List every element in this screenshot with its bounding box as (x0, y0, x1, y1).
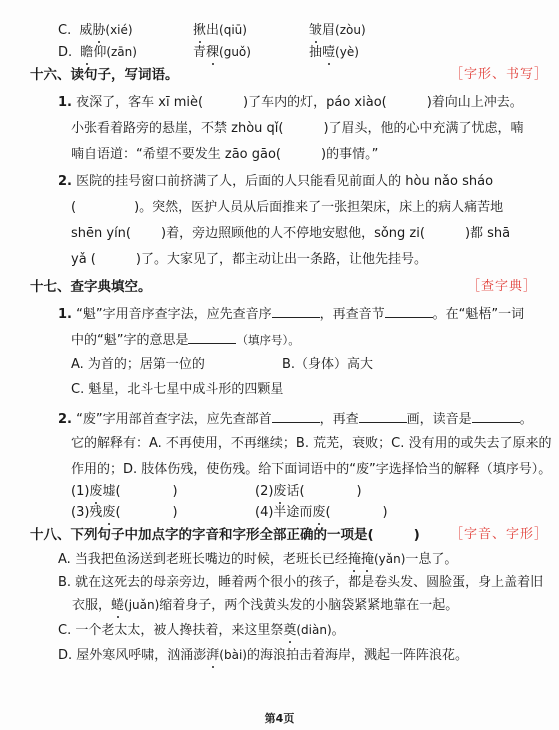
text: ) (173, 484, 178, 499)
s18-opt-d: D. 屋外寒风呼啸，汹涌澎湃(bài)的海浪拍击着海岸，溅起一阵阵浪花。 (58, 647, 468, 664)
text: )都 shā (465, 226, 510, 241)
text: shēn yín( (71, 226, 131, 241)
text: )了眉头，他的心中充满了忧虑，喃 (323, 121, 523, 136)
text: （填序号）。 (236, 333, 299, 347)
answer-blank[interactable] (385, 305, 433, 318)
text: ( (71, 200, 76, 215)
answer-blank[interactable] (272, 305, 320, 318)
option-d-word2: 青稞(guǒ) (193, 44, 251, 61)
answer-blank[interactable] (272, 410, 320, 423)
text: 小张看着路旁的悬崖，不禁 zhòu qǐ( (71, 121, 283, 136)
s17-q1-opt-c: C. 魁星，北斗七星中成斗形的四颗星 (71, 382, 283, 398)
section-16-title: 十六、读句子，写词语。 (30, 67, 179, 83)
word: 瞻仰 (80, 45, 106, 60)
s17-q2-item-4: (4)半途而废() (255, 505, 388, 521)
text: 夜深了，客车 xī miè( (76, 95, 203, 110)
pinyin: (qiū) (219, 23, 247, 37)
worksheet-page: C. 威胁(xié) 揪出(qiū) 皱眉(zòu) D. 瞻仰(zān) 青稞… (0, 0, 559, 730)
text: 。在“魁梧”一词 (433, 307, 524, 322)
pinyin: (zòu) (335, 23, 366, 37)
s17-q2-line1: 2. “废”字用部首查字法，应先查部首，再查画，读音是。 (58, 410, 533, 428)
question-number: 2. (58, 412, 72, 427)
text: ) (357, 484, 362, 499)
s16-q2-line1: 2. 医院的挂号窗口前挤满了人，后面的人只能看见前面人的 hòu nǎo shá… (58, 174, 493, 190)
answer-blank[interactable] (188, 331, 236, 344)
word: 威胁 (79, 23, 105, 38)
s18-opt-c: C. 一个老太太，被人搀扶着，来这里祭奠(diàn)。 (58, 622, 345, 639)
s16-q1-line3: 喃自语道：“希望不要发生 zāo gāo()的事情。” (71, 147, 378, 163)
page-number: 第4页 (0, 710, 559, 726)
text: )。突然，医护人员从后面推来了一张担架床，床上的病人痛苦地 (134, 200, 503, 215)
s17-q2-item-3: (3)残废() (71, 505, 178, 521)
text: 医院的挂号窗口前挤满了人，后面的人只能看见前面人的 hòu nǎo sháo (76, 174, 493, 189)
text: )着，旁边照顾他的人不停地安慰他，sǒng zi( (161, 226, 425, 241)
text: ，再查 (320, 412, 359, 427)
question-number: 1. (58, 307, 72, 322)
pinyin: (guǒ) (219, 45, 251, 59)
option-c-word2: 揪出(qiū) (193, 22, 247, 39)
s17-q2-item-1: (1)废墟() (71, 484, 178, 500)
text: )了。大家见了，都主动让出一条路，让他先挂号。 (136, 252, 427, 267)
s16-q2-line2: ()。突然，医护人员从后面推来了一张担架床，床上的病人痛苦地 (71, 200, 503, 216)
section-17-tag: ［查字典］ (467, 279, 537, 295)
text: )着向山上冲去。 (427, 95, 523, 110)
s17-q1-opt-a: A. 为首的；居第一位的 (71, 357, 205, 373)
text: 。 (520, 412, 533, 427)
pinyin: (zān) (106, 45, 137, 59)
text: 十八、下列句子中加点字的字音和字形全部正确的一项是( (30, 527, 374, 543)
s16-q1-line2: 小张看着路旁的悬崖，不禁 zhòu qǐ()了眉头，他的心中充满了忧虑，喃 (71, 121, 524, 137)
text: “废”字用部首查字法，应先查部首 (76, 412, 271, 427)
s17-q2-item-2: (2)废话() (255, 484, 362, 500)
option-c-row: C. 威胁(xié) (58, 22, 133, 39)
text: ) (173, 505, 178, 520)
text: ，再查音节 (320, 307, 385, 322)
s16-q2-line4: yǎ ()了。大家见了，都主动让出一条路，让他先挂号。 (71, 252, 427, 268)
text: ) (383, 505, 388, 520)
text: 喃自语道：“希望不要发生 zāo gāo( (71, 147, 281, 162)
s17-q1-opt-b: B.（身体）高大 (282, 357, 373, 373)
option-d-row: D. 瞻仰(zān) (58, 44, 137, 61)
answer-blank[interactable] (472, 410, 520, 423)
text: )了车内的灯，páo xiào( (243, 95, 387, 110)
section-18-title: 十八、下列句子中加点字的字音和字形全部正确的一项是() (30, 527, 420, 543)
option-c-word3: 皱眉(zòu) (309, 22, 366, 39)
section-17-title: 十七、查字典填空。 (30, 279, 152, 295)
s17-q1-line2: 中的“魁”字的意思是（填序号）。 (71, 331, 300, 349)
text: )的事情。” (321, 147, 378, 162)
s17-q2-line3: 作用的；D. 肢体伤残，使伤残。给下面词语中的“废”字选择恰当的解释（填序号）。 (71, 462, 551, 478)
option-label: D. (58, 45, 72, 60)
s16-q1-line1: 1. 夜深了，客车 xī miè()了车内的灯，páo xiào()着向山上冲去… (58, 95, 523, 111)
s16-q2-line3: shēn yín()着，旁边照顾他的人不停地安慰他，sǒng zi()都 shā (71, 226, 510, 242)
answer-blank[interactable] (359, 410, 407, 423)
question-number: 1. (58, 95, 72, 110)
s17-q1-line1: 1. “魁”字用音序查字法，应先查音序，再查音节。在“魁梧”一词 (58, 305, 524, 323)
s17-q2-line2: 它的解释有：A. 不再使用，不再继续；B. 荒芜，衰败；C. 没有用的或失去了原… (71, 436, 551, 452)
s18-opt-b-line1: B. 就在这死去的母亲旁边，睡着两个很小的孩子，都是卷头发、圆脸蛋，身上盖着旧 (58, 575, 543, 591)
pinyin: (yè) (335, 45, 359, 59)
section-18-tag: ［字音、字形］ (450, 527, 548, 543)
question-number: 2. (58, 174, 72, 189)
text: yǎ ( (71, 252, 96, 267)
s18-opt-b-line2: 衣服，蜷(juǎn)缩着身子，两个浅黄头发的小脑袋紧紧地靠在一起。 (72, 597, 458, 614)
text: “魁”字用音序查字法，应先查音序 (76, 307, 271, 322)
option-label: C. (58, 23, 71, 38)
text: 中的“魁”字的意思是 (71, 333, 188, 348)
option-d-word3: 抽噎(yè) (309, 44, 359, 61)
pinyin: (xié) (105, 23, 132, 37)
text: 画，读音是 (407, 412, 472, 427)
section-16-tag: ［字形、书写］ (450, 67, 548, 83)
s18-opt-a: A. 当我把鱼汤送到老班长嘴边的时候，老班长已经掩掩(yǎn)一息了。 (58, 551, 457, 568)
text: ) (414, 527, 420, 543)
